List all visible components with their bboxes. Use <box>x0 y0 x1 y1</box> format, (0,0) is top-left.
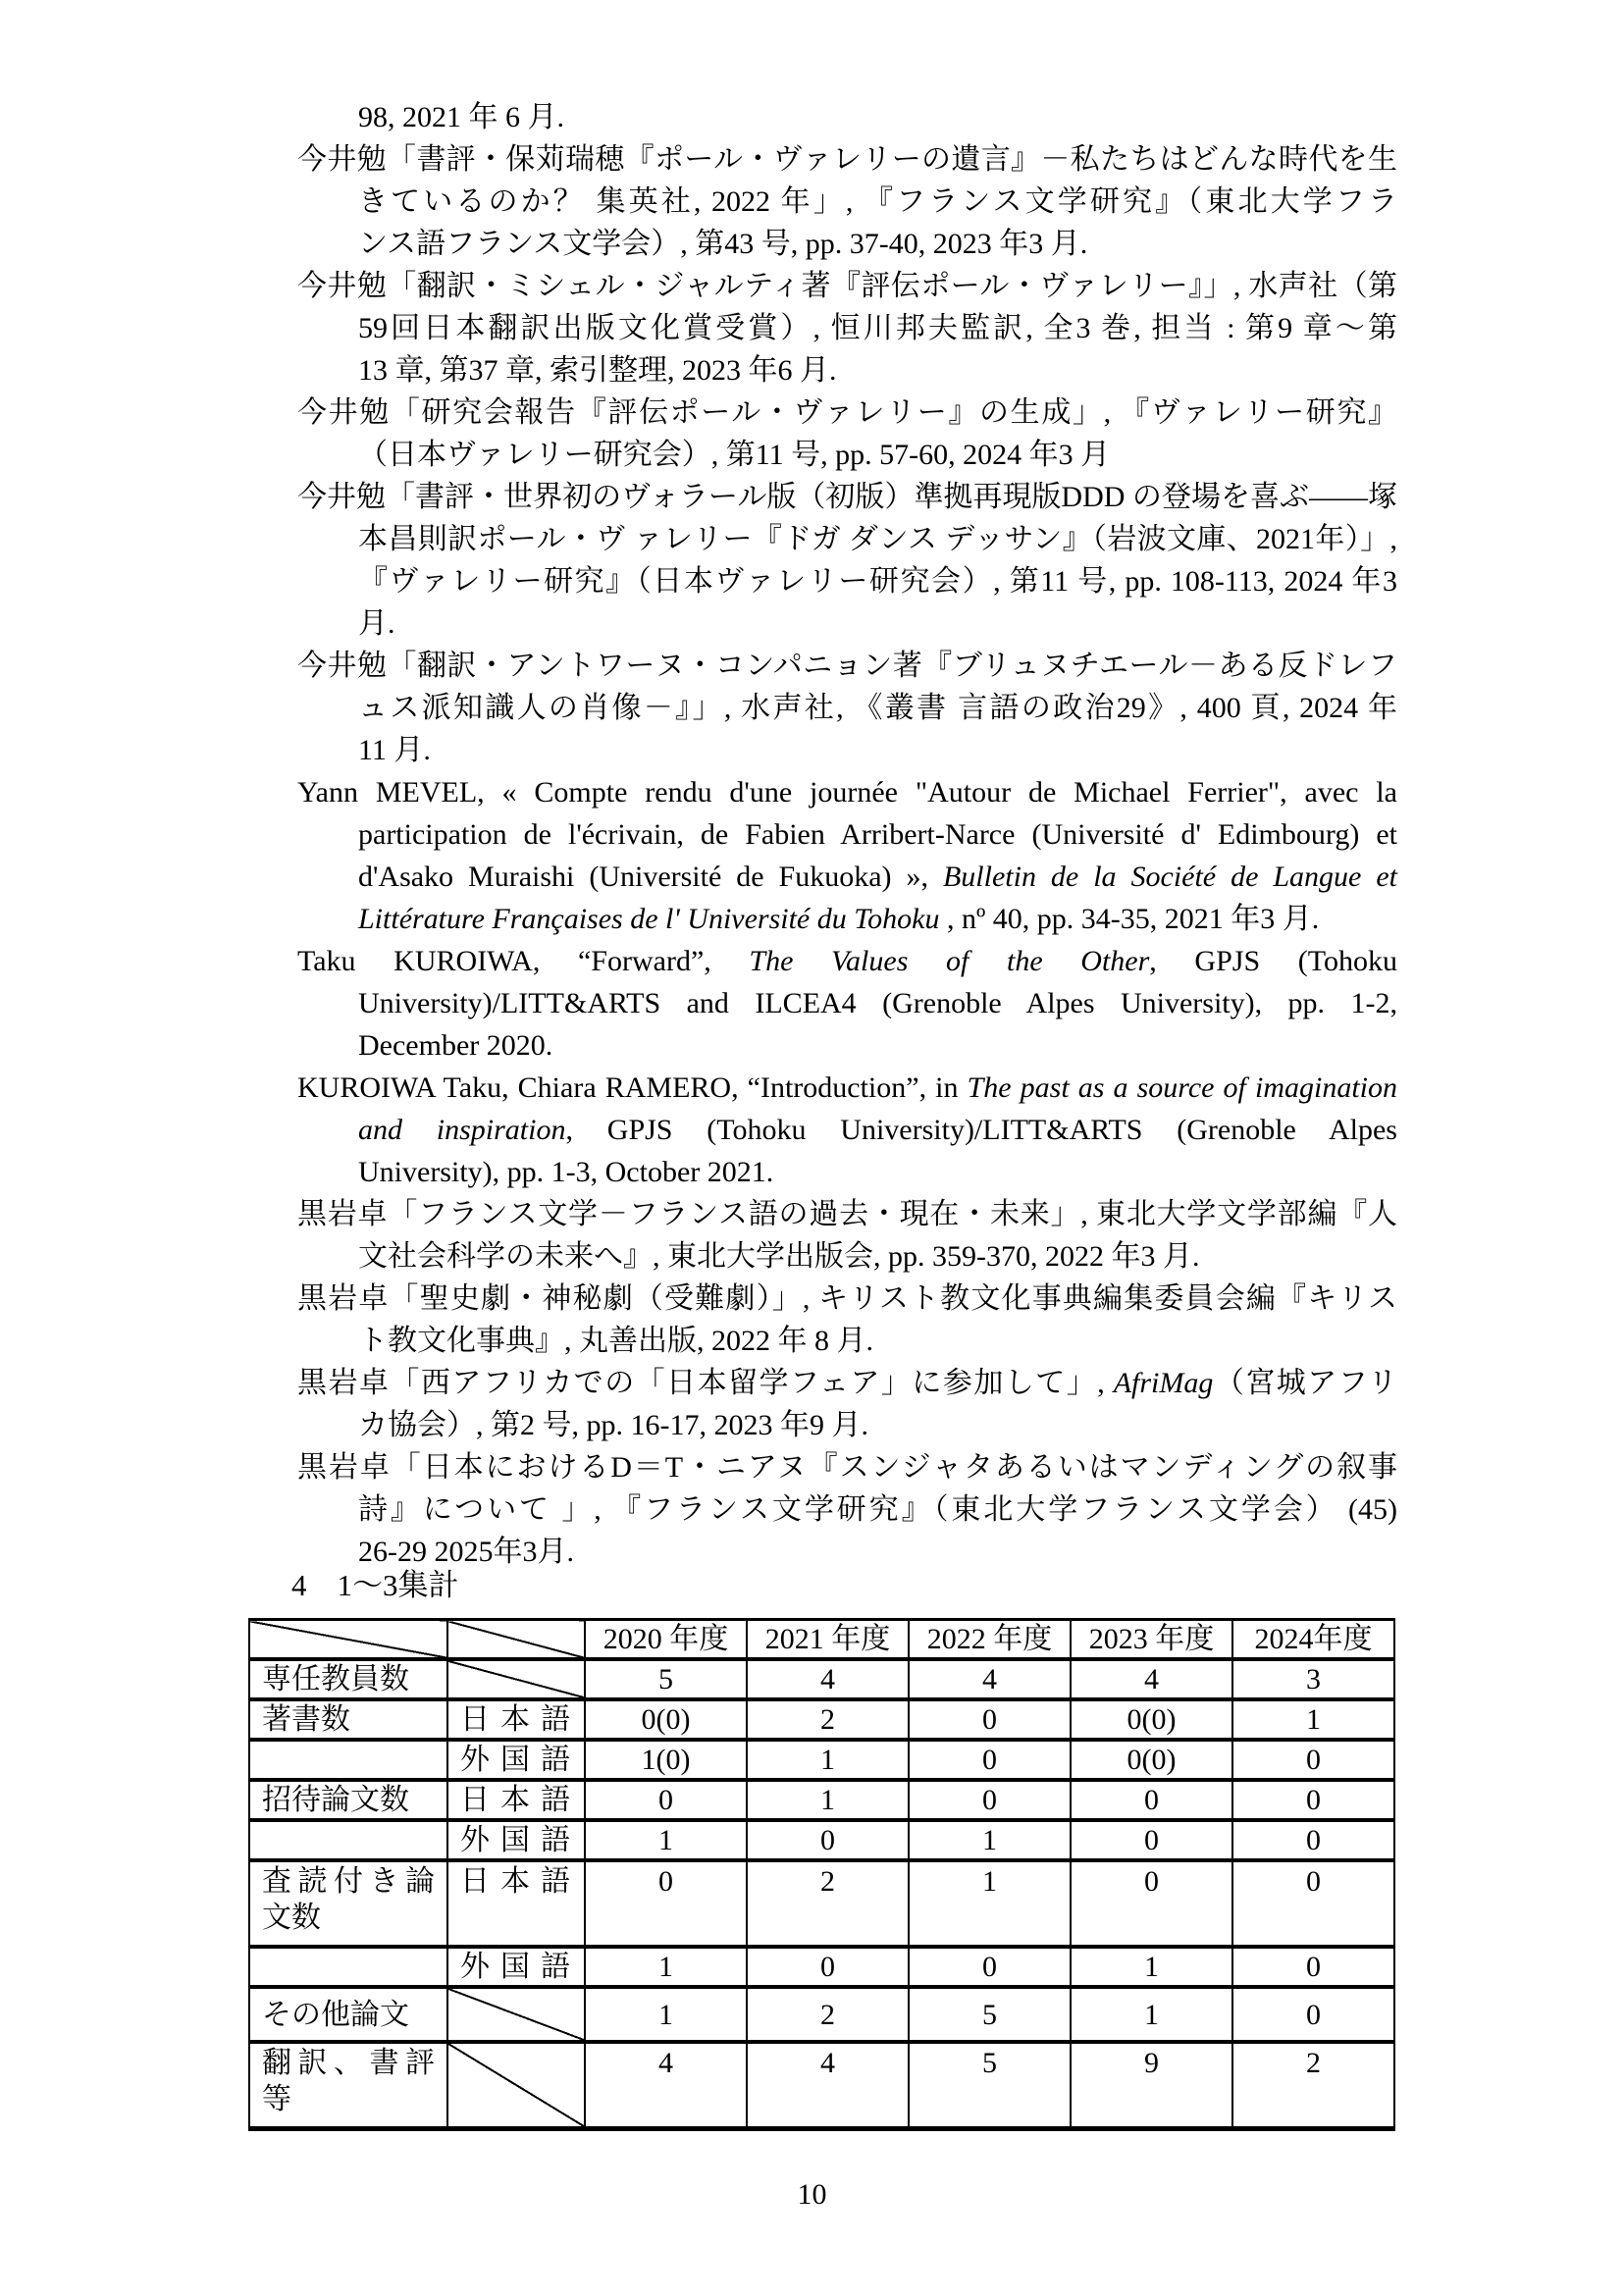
row-sublabel: 外国語 <box>447 1740 585 1780</box>
bib-line: 黒岩卓「聖史劇・神秘劇（受難劇）」, キリスト教文化事典編集委員会編『キリス <box>297 1278 1397 1320</box>
bib-line: 11 月. <box>297 729 1397 771</box>
bib-entry: 今井勉「書評・世界初のヴォラール版（初版）準拠再現版DDD の登場を喜ぶ——塚本… <box>297 476 1397 645</box>
row-sublabel: 外国語 <box>447 1820 585 1860</box>
bib-line: カ協会）, 第2 号, pp. 16-17, 2023 年9 月. <box>297 1404 1397 1446</box>
bib-text: カ協会）, 第2 号, pp. 16-17, 2023 年9 月. <box>358 1409 868 1441</box>
cell-value: 1 <box>747 1780 909 1820</box>
cell-value: 1 <box>1232 1699 1394 1740</box>
cell-value: 0 <box>747 1947 909 1987</box>
bib-text: 月. <box>358 607 395 640</box>
bib-line: きているのか？ 集英社, 2022 年」, 『フランス文学研究』（東北大学フラ <box>297 181 1397 223</box>
bib-entry: 今井勉「翻訳・アントワーヌ・コンパニョン著『ブリュヌチエール－ある反ドレフュス派… <box>297 645 1397 771</box>
year-header: 2024年度 <box>1232 1620 1394 1660</box>
cell-value: 1 <box>747 1740 909 1780</box>
cell-value: 0 <box>1071 1820 1232 1860</box>
page-number: 10 <box>0 2178 1624 2212</box>
bib-text: d'Asako Muraishi (Université de Fukuoka)… <box>358 861 943 893</box>
cell-value: 0 <box>909 1740 1071 1780</box>
year-header: 2023 年度 <box>1071 1620 1232 1660</box>
row-sublabel: 外国語 <box>447 1947 585 1987</box>
cell-value: 1 <box>585 1947 747 1987</box>
bib-line: 59回日本翻訳出版文化賞受賞）, 恒川邦夫監訳, 全3 巻, 担当 : 第9 章… <box>297 307 1397 349</box>
bib-text: University)/LITT&ARTS and ILCEA4 (Grenob… <box>358 987 1397 1019</box>
bib-line: University), pp. 1-3, October 2021. <box>297 1151 1397 1193</box>
bib-entry: 黒岩卓「日本におけるD＝T・ニアヌ『スンジャタあるいはマンディングの叙事詩』につ… <box>297 1446 1397 1573</box>
bib-line: 本昌則訳ポール・ヴ ァレリー『ドガ ダンス デッサン』（岩波文庫、2021年）」… <box>297 518 1397 560</box>
bib-line: 今井勉「研究会報告『評伝ポール・ヴァレリー』の生成」, 『ヴァレリー研究』 <box>297 391 1397 434</box>
cell-value: 0 <box>1232 1987 1394 2042</box>
cell-value: 0 <box>1232 1860 1394 1947</box>
cell-value: 0 <box>1232 1947 1394 1987</box>
bib-line: 13 章, 第37 章, 索引整理, 2023 年6 月. <box>297 349 1397 391</box>
bib-text: , GPJS (Tohoku <box>1149 945 1397 977</box>
cell-value: 1(0) <box>585 1740 747 1780</box>
row-label: その他論文 <box>249 1987 447 2042</box>
bib-entry: 黒岩卓「聖史劇・神秘劇（受難劇）」, キリスト教文化事典編集委員会編『キリスト教… <box>297 1278 1397 1362</box>
diagonal-cell <box>447 2042 585 2128</box>
bib-line: 今井勉「翻訳・アントワーヌ・コンパニョン著『ブリュヌチエール－ある反ドレフ <box>297 645 1397 687</box>
bib-line: 黒岩卓「西アフリカでの「日本留学フェア」に参加して」, AfriMag（宮城アフ… <box>297 1362 1397 1404</box>
bib-text: 11 月. <box>358 734 431 766</box>
bib-line: 98, 2021 年 6 月. <box>297 96 1397 138</box>
bib-line: participation de l'écrivain, de Fabien A… <box>297 813 1397 856</box>
table-row: 専任教員数54443 <box>249 1659 1394 1699</box>
bib-text: December 2020. <box>358 1029 552 1062</box>
bib-text: 今井勉「翻訳・ミシェル・ジャルティ著『評伝ポール・ヴァレリー』」, 水声社（第 <box>297 270 1397 302</box>
bib-text: 黒岩卓「西アフリカでの「日本留学フェア」に参加して」, <box>297 1367 1114 1399</box>
cell-value: 0 <box>585 1780 747 1820</box>
bib-entry: KUROIWA Taku, Chiara RAMERO, “Introducti… <box>297 1067 1397 1193</box>
cell-value: 5 <box>585 1659 747 1699</box>
year-header: 2021 年度 <box>747 1620 909 1660</box>
bib-line: ト教文化事典』, 丸善出版, 2022 年 8 月. <box>297 1320 1397 1362</box>
bib-text: 98, 2021 年 6 月. <box>358 101 564 133</box>
cell-value: 0(0) <box>1071 1699 1232 1740</box>
bib-text-italic: AfriMag <box>1114 1367 1214 1399</box>
row-label: 専任教員数 <box>249 1659 447 1699</box>
table-row: 査読付き論文数日本語02100 <box>249 1860 1394 1947</box>
bib-text: Yann MEVEL, « Compte rendu d'une journée… <box>297 776 1397 808</box>
cell-value: 1 <box>909 1820 1071 1860</box>
cell-value: 0 <box>1232 1740 1394 1780</box>
bibliography: 98, 2021 年 6 月.今井勉「書評・保苅瑞穂『ポール・ヴァレリーの遺言』… <box>297 96 1397 1573</box>
cell-value: 4 <box>909 1659 1071 1699</box>
bib-text: 今井勉「書評・世界初のヴォラール版（初版）準拠再現版DDD の登場を喜ぶ——塚 <box>297 481 1397 513</box>
bib-text: , GPJS (Tohoku University)/LITT&ARTS (Gr… <box>565 1114 1397 1146</box>
bib-line: University)/LITT&ARTS and ILCEA4 (Grenob… <box>297 982 1397 1024</box>
bib-entry: Yann MEVEL, « Compte rendu d'une journée… <box>297 771 1397 940</box>
cell-value: 0(0) <box>1071 1740 1232 1780</box>
bib-text: ト教文化事典』, 丸善出版, 2022 年 8 月. <box>358 1325 873 1357</box>
bib-text-italic: Bulletin de la Société de Langue et <box>943 861 1397 893</box>
cell-value: 0 <box>747 1820 909 1860</box>
cell-value: 0 <box>1071 1860 1232 1947</box>
table-row: 招待論文数日本語01000 <box>249 1780 1394 1820</box>
bib-text: KUROIWA Taku, Chiara RAMERO, “Introducti… <box>297 1071 968 1104</box>
cell-value: 1 <box>909 1860 1071 1947</box>
bib-text: 『ヴァレリー研究』（日本ヴァレリー研究会）, 第11 号, pp. 108-11… <box>358 565 1397 598</box>
bib-line: Yann MEVEL, « Compte rendu d'une journée… <box>297 771 1397 813</box>
bib-entry: 今井勉「翻訳・ミシェル・ジャルティ著『評伝ポール・ヴァレリー』」, 水声社（第5… <box>297 265 1397 391</box>
bib-text: , nº 40, pp. 34-35, 2021 年3 月. <box>940 903 1320 935</box>
cell-value: 5 <box>909 2042 1071 2128</box>
year-header: 2022 年度 <box>909 1620 1071 1660</box>
bib-line: 今井勉「書評・保苅瑞穂『ポール・ヴァレリーの遺言』－私たちはどんな時代を生 <box>297 138 1397 181</box>
bib-line: 今井勉「書評・世界初のヴォラール版（初版）準拠再現版DDD の登場を喜ぶ——塚 <box>297 476 1397 518</box>
cell-value: 0 <box>909 1699 1071 1740</box>
bib-line: Taku KUROIWA, “Forward”, The Values of t… <box>297 940 1397 982</box>
bib-text: 詩』について 」, 『フランス文学研究』（東北大学フランス文学会） (45) <box>358 1493 1397 1526</box>
cell-value: 1 <box>1071 1947 1232 1987</box>
bib-text: （宮城アフリ <box>1213 1367 1397 1399</box>
cell-value: 2 <box>1232 2042 1394 2128</box>
bib-text-italic: The Values of the Other <box>749 945 1149 977</box>
bib-entry: Taku KUROIWA, “Forward”, The Values of t… <box>297 940 1397 1067</box>
bib-line: 詩』について 」, 『フランス文学研究』（東北大学フランス文学会） (45) <box>297 1488 1397 1531</box>
row-sublabel: 日本語 <box>447 1699 585 1740</box>
table-header-row: 2020 年度2021 年度2022 年度2023 年度2024年度 <box>249 1620 1394 1660</box>
bib-line: ュス派知識人の肖像－』」, 水声社, 《叢書 言語の政治29》, 400 頁, … <box>297 687 1397 729</box>
cell-value: 2 <box>747 1987 909 2042</box>
bib-text: きているのか？ 集英社, 2022 年」, 『フランス文学研究』（東北大学フラ <box>358 185 1397 218</box>
cell-value: 9 <box>1071 2042 1232 2128</box>
row-label <box>249 1820 447 1860</box>
bib-text: 13 章, 第37 章, 索引整理, 2023 年6 月. <box>358 354 837 387</box>
row-sublabel: 日本語 <box>447 1860 585 1947</box>
row-sublabel: 日本語 <box>447 1780 585 1820</box>
bib-entry: 今井勉「研究会報告『評伝ポール・ヴァレリー』の生成」, 『ヴァレリー研究』（日本… <box>297 391 1397 476</box>
cell-value: 0 <box>1232 1780 1394 1820</box>
table-row: 著書数日本語0(0)200(0)1 <box>249 1699 1394 1740</box>
bib-line: 文社会科学の未来へ』, 東北大学出版会, pp. 359-370, 2022 年… <box>297 1235 1397 1278</box>
bib-text-italic: The past as a source of imagination <box>968 1071 1397 1104</box>
cell-value: 4 <box>1071 1659 1232 1699</box>
bib-entry: 黒岩卓「フランス文学－フランス語の過去・現在・未来」, 東北大学文学部編『人文社… <box>297 1193 1397 1278</box>
bib-line: 黒岩卓「フランス文学－フランス語の過去・現在・未来」, 東北大学文学部編『人 <box>297 1193 1397 1235</box>
bib-line: KUROIWA Taku, Chiara RAMERO, “Introducti… <box>297 1067 1397 1109</box>
row-label <box>249 1740 447 1780</box>
cell-value: 0 <box>909 1780 1071 1820</box>
bib-text: 黒岩卓「聖史劇・神秘劇（受難劇）」, キリスト教文化事典編集委員会編『キリス <box>297 1282 1397 1315</box>
bib-text: 黒岩卓「フランス文学－フランス語の過去・現在・未来」, 東北大学文学部編『人 <box>297 1198 1397 1230</box>
cell-value: 4 <box>747 2042 909 2128</box>
row-label: 著書数 <box>249 1699 447 1740</box>
cell-value: 3 <box>1232 1659 1394 1699</box>
bib-line: December 2020. <box>297 1024 1397 1067</box>
cell-value: 2 <box>747 1860 909 1947</box>
cell-value: 1 <box>585 1987 747 2042</box>
table-row: 外国語1(0)100(0)0 <box>249 1740 1394 1780</box>
bib-text: ュス派知識人の肖像－』」, 水声社, 《叢書 言語の政治29》, 400 頁, … <box>358 692 1397 724</box>
table-row: 外国語10010 <box>249 1947 1394 1987</box>
bib-line: d'Asako Muraishi (Université de Fukuoka)… <box>297 856 1397 898</box>
bib-text: Taku KUROIWA, “Forward”, <box>297 945 749 977</box>
cell-value: 1 <box>1071 1987 1232 2042</box>
bib-line: 26-29 2025年3月. <box>297 1531 1397 1573</box>
bib-line: （日本ヴァレリー研究会）, 第11 号, pp. 57-60, 2024 年3 … <box>297 434 1397 476</box>
bib-entry: 98, 2021 年 6 月. <box>297 96 1397 138</box>
diagonal-cell <box>447 1987 585 2042</box>
bib-text: 今井勉「翻訳・アントワーヌ・コンパニョン著『ブリュヌチエール－ある反ドレフ <box>297 650 1397 682</box>
bib-entry: 今井勉「書評・保苅瑞穂『ポール・ヴァレリーの遺言』－私たちはどんな時代を生きてい… <box>297 138 1397 265</box>
bib-line: ンス語フランス文学会）, 第43 号, pp. 37-40, 2023 年3 月… <box>297 223 1397 265</box>
summary-table: 2020 年度2021 年度2022 年度2023 年度2024年度専任教員数5… <box>248 1618 1395 2131</box>
bib-entry: 黒岩卓「西アフリカでの「日本留学フェア」に参加して」, AfriMag（宮城アフ… <box>297 1362 1397 1446</box>
cell-value: 5 <box>909 1987 1071 2042</box>
bib-text: 26-29 2025年3月. <box>358 1536 574 1568</box>
cell-value: 0 <box>1232 1820 1394 1860</box>
bib-line: and inspiration, GPJS (Tohoku University… <box>297 1109 1397 1151</box>
table-row: 外国語10100 <box>249 1820 1394 1860</box>
cell-value: 2 <box>747 1699 909 1740</box>
diagonal-cell <box>447 1620 585 1660</box>
diagonal-cell <box>447 1659 585 1699</box>
cell-value: 1 <box>585 1820 747 1860</box>
bib-line: 『ヴァレリー研究』（日本ヴァレリー研究会）, 第11 号, pp. 108-11… <box>297 560 1397 602</box>
bib-line: 月. <box>297 602 1397 645</box>
table-row: 翻訳、書評等44592 <box>249 2042 1394 2128</box>
bib-text: 今井勉「書評・保苅瑞穂『ポール・ヴァレリーの遺言』－私たちはどんな時代を生 <box>297 143 1397 176</box>
cell-value: 4 <box>747 1659 909 1699</box>
bib-text: participation de l'écrivain, de Fabien A… <box>358 818 1397 851</box>
bib-text: University), pp. 1-3, October 2021. <box>358 1156 773 1188</box>
row-label: 招待論文数 <box>249 1780 447 1820</box>
bib-line: 今井勉「翻訳・ミシェル・ジャルティ著『評伝ポール・ヴァレリー』」, 水声社（第 <box>297 265 1397 307</box>
row-label <box>249 1947 447 1987</box>
bib-text: 今井勉「研究会報告『評伝ポール・ヴァレリー』の生成」, 『ヴァレリー研究』 <box>297 396 1397 429</box>
table-row: その他論文12510 <box>249 1987 1394 2042</box>
bib-text: 文社会科学の未来へ』, 東北大学出版会, pp. 359-370, 2022 年… <box>358 1240 1200 1273</box>
row-label: 査読付き論文数 <box>249 1860 447 1947</box>
bib-text: 本昌則訳ポール・ヴ ァレリー『ドガ ダンス デッサン』（岩波文庫、2021年）」… <box>358 523 1397 555</box>
year-header: 2020 年度 <box>585 1620 747 1660</box>
bib-text-italic: Littérature Françaises de l' Université … <box>358 903 940 935</box>
bib-text: ンス語フランス文学会）, 第43 号, pp. 37-40, 2023 年3 月… <box>358 228 1087 260</box>
cell-value: 0 <box>1071 1780 1232 1820</box>
summary-table-body: 2020 年度2021 年度2022 年度2023 年度2024年度専任教員数5… <box>249 1620 1394 2129</box>
cell-value: 0(0) <box>585 1699 747 1740</box>
section-heading: 4 1～3集計 <box>291 1566 459 1605</box>
cell-value: 0 <box>909 1947 1071 1987</box>
cell-value: 0 <box>585 1860 747 1947</box>
bib-line: 黒岩卓「日本におけるD＝T・ニアヌ『スンジャタあるいはマンディングの叙事 <box>297 1446 1397 1488</box>
diagonal-cell <box>249 1620 447 1660</box>
bib-text: （日本ヴァレリー研究会）, 第11 号, pp. 57-60, 2024 年3 … <box>358 439 1110 471</box>
bib-line: Littérature Françaises de l' Université … <box>297 898 1397 940</box>
bib-text-italic: and inspiration <box>358 1114 565 1146</box>
bib-text: 59回日本翻訳出版文化賞受賞）, 恒川邦夫監訳, 全3 巻, 担当 : 第9 章… <box>358 312 1397 344</box>
cell-value: 4 <box>585 2042 747 2128</box>
bib-text: 黒岩卓「日本におけるD＝T・ニアヌ『スンジャタあるいはマンディングの叙事 <box>297 1451 1397 1484</box>
row-label: 翻訳、書評等 <box>249 2042 447 2128</box>
